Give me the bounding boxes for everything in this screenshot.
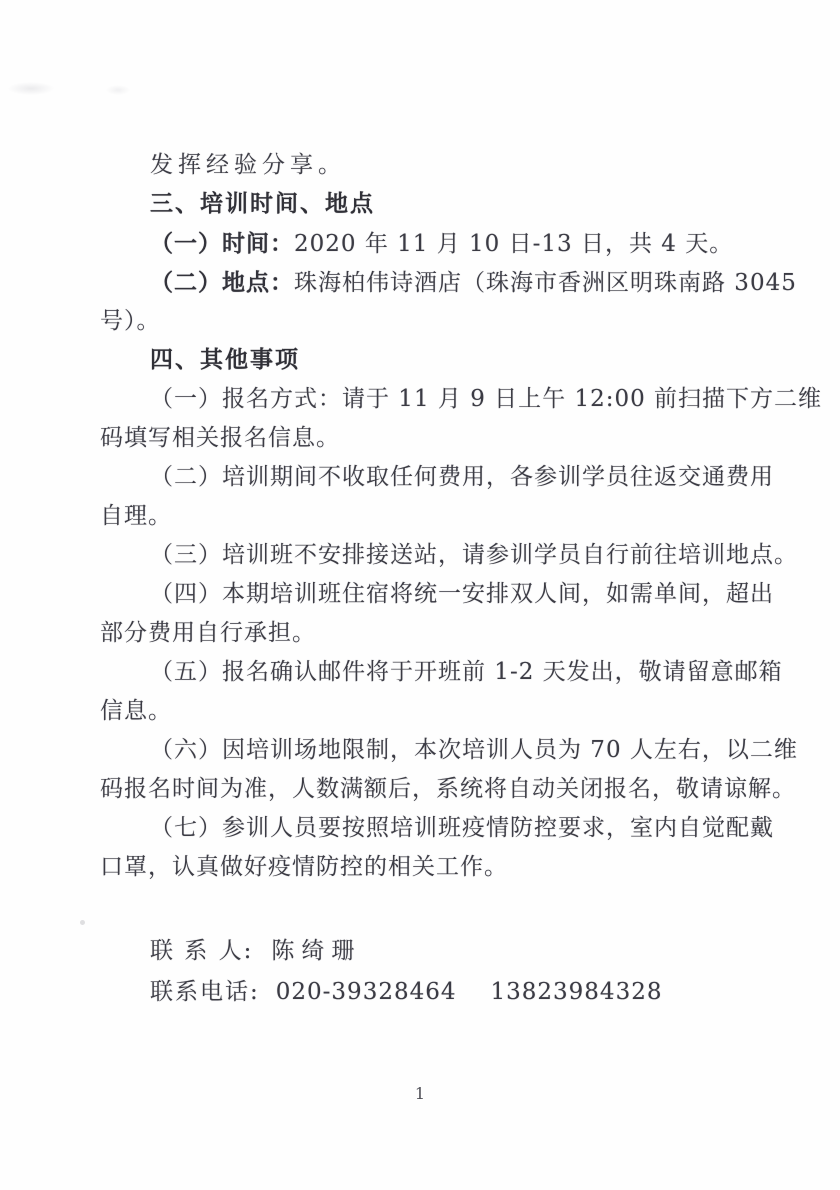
line-other-item2-2: 自理。 — [100, 497, 748, 536]
line-other-item4-2: 部分费用自行承担。 — [100, 614, 748, 653]
line-other-item4-1: （四）本期培训班住宿将统一安排双人间，如需单间，超出 — [100, 575, 748, 614]
paragraph-intro-tail: 发挥经验分享。 — [100, 146, 748, 185]
contact-block: 联 系 人:陈绮珊 联系电话:020-3932846413823984328 — [100, 931, 748, 1013]
section-heading-training-time-place: 三、培训时间、地点 — [100, 185, 748, 224]
training-venue-label: （二）地点： — [150, 269, 294, 296]
line-other-item3-1: （三）培训班不安排接送站，请参训学员自行前往培训地点。 — [100, 536, 748, 575]
line-other-item7-1: （七）参训人员要按照培训班疫情防控要求，室内自觉配戴 — [100, 809, 748, 848]
line-other-item2-1: （二）培训期间不收取任何费用，各参训学员往返交通费用 — [100, 458, 748, 497]
contact-phone-label: 联系电话: — [150, 979, 260, 1005]
line-other-item7-2: 口罩，认真做好疫情防控的相关工作。 — [100, 848, 748, 887]
line-other-item1-1: （一）报名方式：请于 11 月 9 日上午 12:00 前扫描下方二维 — [100, 380, 748, 419]
document-body: 发挥经验分享。 三、培训时间、地点 （一）时间：2020 年 11 月 10 日… — [100, 146, 748, 1013]
scan-artifact-smudge-2 — [106, 85, 130, 95]
contact-person-line: 联 系 人:陈绮珊 — [100, 931, 748, 972]
page-number: 1 — [0, 1084, 840, 1103]
line-training-venue-1: （二）地点：珠海柏伟诗酒店（珠海市香洲区明珠南路 3045 — [100, 263, 748, 302]
line-other-item5-2: 信息。 — [100, 692, 748, 731]
contact-phone-number-2: 13823984328 — [491, 979, 663, 1005]
training-time-label: （一）时间： — [150, 230, 294, 257]
line-other-item1-2: 码填写相关报名信息。 — [100, 419, 748, 458]
contact-person-label: 联 系 人: — [150, 938, 253, 964]
line-other-item5-1: （五）报名确认邮件将于开班前 1-2 天发出，敬请留意邮箱 — [100, 653, 748, 692]
training-venue-value: 珠海柏伟诗酒店（珠海市香洲区明珠南路 3045 — [294, 270, 797, 296]
line-training-time: （一）时间：2020 年 11 月 10 日-13 日，共 4 天。 — [100, 224, 748, 263]
line-other-item6-2: 码报名时间为准，人数满额后，系统将自动关闭报名，敬请谅解。 — [100, 770, 748, 809]
training-time-value: 2020 年 11 月 10 日-13 日，共 4 天。 — [294, 231, 733, 257]
line-other-item6-1: （六）因培训场地限制，本次培训人员为 70 人左右，以二维 — [100, 731, 748, 770]
contact-phone-number-1: 020-39328464 — [276, 979, 457, 1005]
scan-artifact-speck — [80, 920, 85, 925]
contact-person-name: 陈绮珊 — [271, 938, 361, 964]
section-heading-other-matters: 四、其他事项 — [100, 341, 748, 380]
scanned-document-page: 发挥经验分享。 三、培训时间、地点 （一）时间：2020 年 11 月 10 日… — [0, 0, 840, 1190]
scan-artifact-smudge — [8, 82, 54, 95]
contact-phone-line: 联系电话:020-3932846413823984328 — [100, 972, 748, 1013]
line-training-venue-2: 号）。 — [100, 302, 748, 341]
